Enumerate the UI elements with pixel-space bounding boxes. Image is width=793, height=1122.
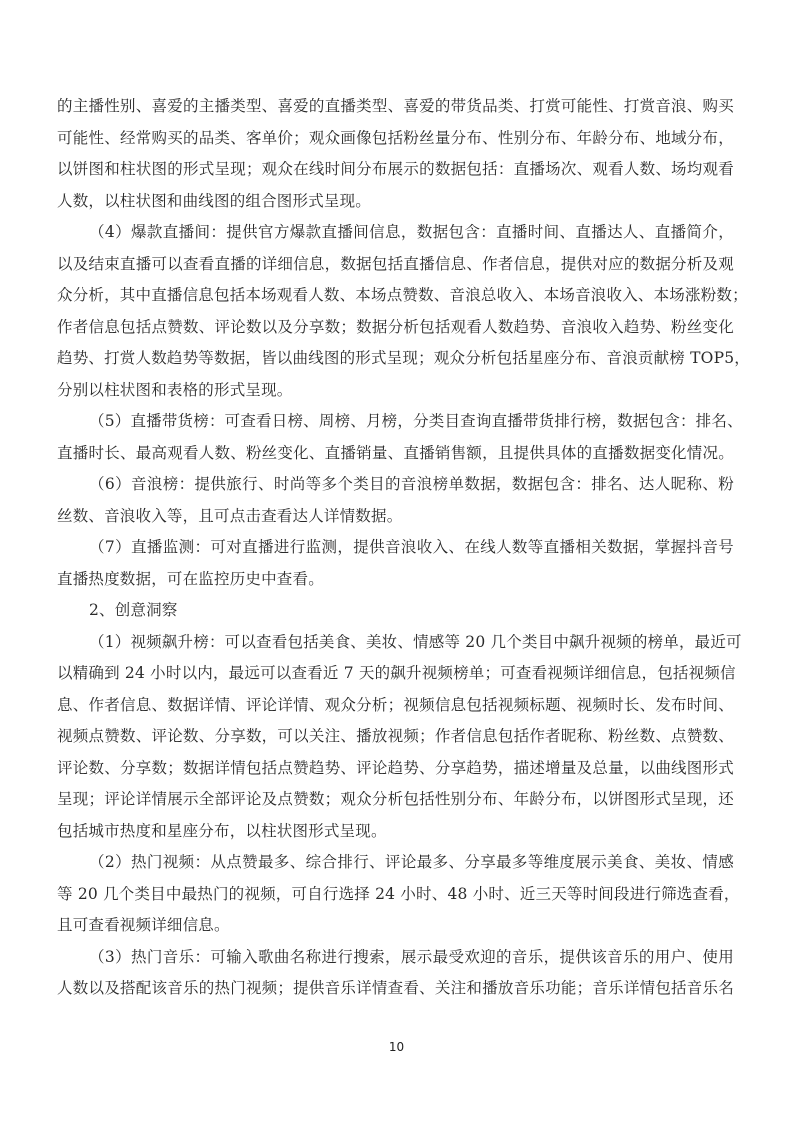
text-line: 直播时长、最高观看人数、粉丝变化、直播销量、直播销售额，且提供具体的直播数据变化… xyxy=(57,441,734,465)
text-line: （4）爆款直播间：提供官方爆款直播间信息，数据包含：直播时间、直播达人、直播简介… xyxy=(89,220,734,244)
text-line: 作者信息包括点赞数、评论数以及分享数；数据分析包括观看人数趋势、音浪收入趋势、粉… xyxy=(57,315,734,339)
text-line: 等 20 几个类目中最热门的视频，可自行选择 24 小时、48 小时、近三天等时… xyxy=(57,882,734,906)
text-line: （7）直播监测：可对直播进行监测，提供音浪收入、在线人数等直播相关数据，掌握抖音… xyxy=(89,535,734,559)
text-line: 的主播性别、喜爱的主播类型、喜爱的直播类型、喜爱的带货品类、打赏可能性、打赏音浪… xyxy=(57,94,734,118)
text-line: 众分析，其中直播信息包括本场观看人数、本场点赞数、音浪总收入、本场音浪收入、本场… xyxy=(57,283,734,307)
text-line: （5）直播带货榜：可查看日榜、周榜、月榜，分类目查询直播带货排行榜，数据包含：排… xyxy=(89,409,734,433)
text-line: 人数以及搭配该音乐的热门视频；提供音乐详情查看、关注和播放音乐功能；音乐详情包括… xyxy=(57,976,734,1000)
text-line: 呈现；评论详情展示全部评论及点赞数；观众分析包括性别分布、年龄分布，以饼图形式呈… xyxy=(57,787,734,811)
text-line: （1）视频飙升榜：可以查看包括美食、美妆、情感等 20 几个类目中飙升视频的榜单… xyxy=(89,630,734,654)
text-line: （6）音浪榜：提供旅行、时尚等多个类目的音浪榜单数据，数据包含：排名、达人昵称、… xyxy=(89,472,734,496)
text-line: 丝数、音浪收入等，且可点击查看达人详情数据。 xyxy=(57,504,402,528)
text-line: 以饼图和柱状图的形式呈现；观众在线时间分布展示的数据包括：直播场次、观看人数、场… xyxy=(57,157,734,181)
text-line: 人数，以柱状图和曲线图的组合图形式呈现。 xyxy=(57,189,371,213)
page-number: 10 xyxy=(0,1040,793,1054)
text-line: 且可查看视频详细信息。 xyxy=(57,913,230,937)
text-line: 直播热度数据，可在监控历史中查看。 xyxy=(57,567,324,591)
text-line: 评论数、分享数；数据详情包括点赞趋势、评论趋势、分享趋势，描述增量及总量，以曲线… xyxy=(57,756,734,780)
text-line: 以及结束直播可以查看直播的详细信息，数据包括直播信息、作者信息，提供对应的数据分… xyxy=(57,252,734,276)
text-line: 趋势、打赏人数趋势等数据，皆以曲线图的形式呈现；观众分析包括星座分布、音浪贡献榜… xyxy=(57,346,734,370)
text-line: 以精确到 24 小时以内，最远可以查看近 7 天的飙升视频榜单；可查看视频详细信… xyxy=(57,661,734,685)
text-line: 分别以柱状图和表格的形式呈现。 xyxy=(57,378,293,402)
text-line: 包括城市热度和星座分布，以柱状图形式呈现。 xyxy=(57,819,387,843)
text-line: 视频点赞数、评论数、分享数，可以关注、播放视频；作者信息包括作者昵称、粉丝数、点… xyxy=(57,724,734,748)
document-page: 的主播性别、喜爱的主播类型、喜爱的直播类型、喜爱的带货品类、打赏可能性、打赏音浪… xyxy=(0,0,793,1122)
text-line: 息、作者信息、数据详情、评论详情、观众分析；视频信息包括视频标题、视频时长、发布… xyxy=(57,693,734,717)
section-heading: 2、创意洞察 xyxy=(89,598,178,622)
text-line: （2）热门视频：从点赞最多、综合排行、评论最多、分享最多等维度展示美食、美妆、情… xyxy=(89,850,734,874)
text-line: （3）热门音乐：可输入歌曲名称进行搜索，展示最受欢迎的音乐，提供该音乐的用户、使… xyxy=(89,945,734,969)
text-line: 可能性、经常购买的品类、客单价；观众画像包括粉丝量分布、性别分布、年龄分布、地域… xyxy=(57,126,734,150)
